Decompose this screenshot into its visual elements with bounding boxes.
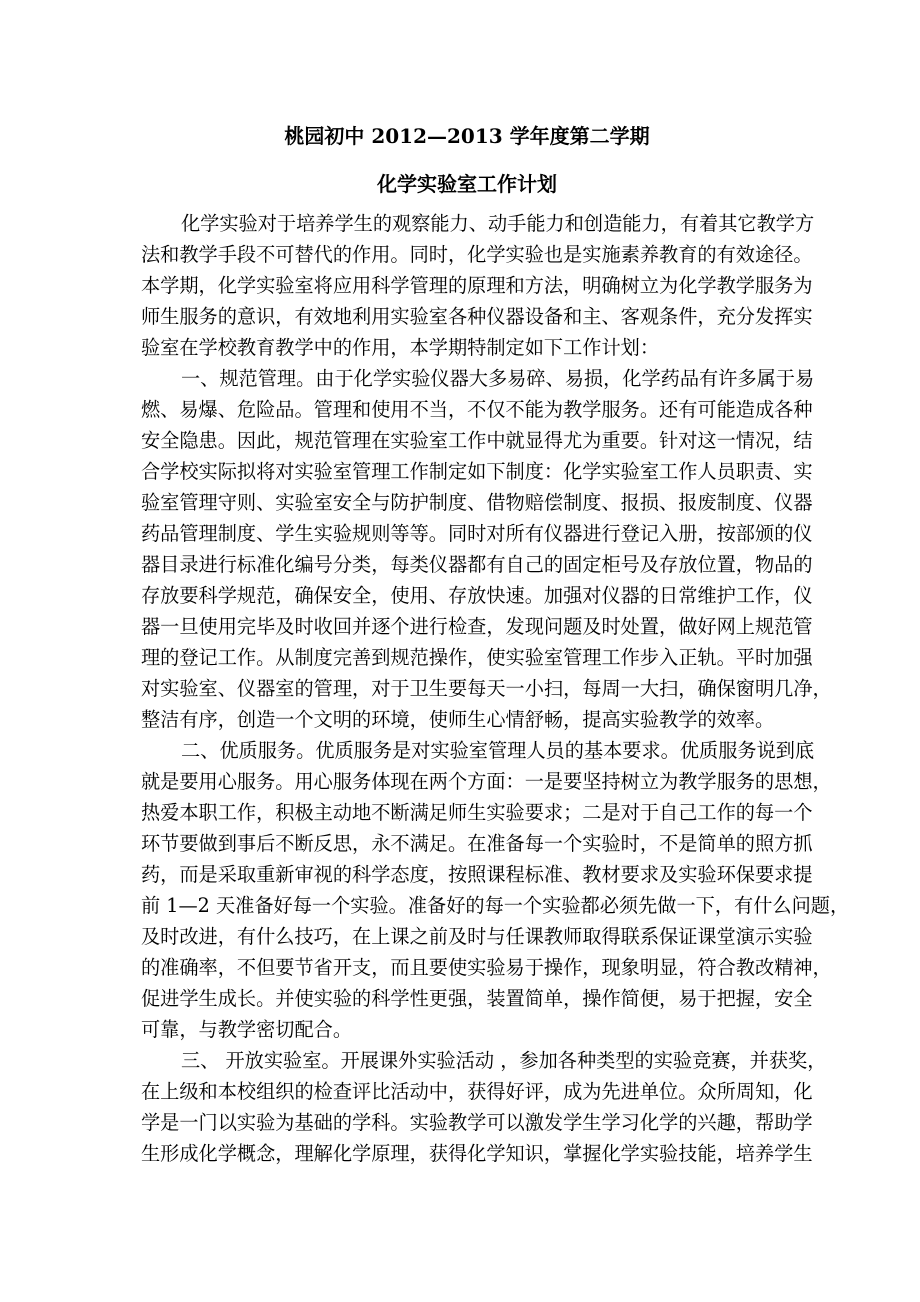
text-line: 一、规范管理。由于化学实验仪器大多易碎、易损，化学药品有许多属于易	[141, 363, 793, 394]
text-line: 整洁有序，创造一个文明的环境，使师生心情舒畅，提高实验教学的效率。	[141, 704, 793, 735]
text-line: 本学期，化学实验室将应用科学管理的原理和方法，明确树立为化学教学服务为	[141, 270, 793, 301]
text-line: 及时改进，有什么技巧，在上课之前及时与任课教师取得联系保证课堂演示实验	[141, 921, 793, 952]
text-line: 安全隐患。因此，规范管理在实验室工作中就显得尤为重要。针对这一情况，结	[141, 425, 793, 456]
text-line: 验室管理守则、实验室安全与防护制度、借物赔偿制度、报损、报废制度、仪器	[141, 487, 793, 518]
paragraph-section-2: 二、优质服务。优质服务是对实验室管理人员的基本要求。优质服务说到底 就是要用心服…	[141, 735, 793, 1045]
text-line: 在上级和本校组织的检查评比活动中，获得好评，成为先进单位。众所周知，化	[141, 1076, 793, 1107]
document-body: 化学实验对于培养学生的观察能力、动手能力和创造能力，有着其它教学方 法和教学手段…	[141, 208, 793, 1169]
document-title: 桃园初中 2012—2013 学年度第二学期	[141, 124, 793, 148]
text-line: 化学实验对于培养学生的观察能力、动手能力和创造能力，有着其它教学方	[141, 208, 793, 239]
text-line: 前 1—2 天准备好每一个实验。准备好的每一个实验都必须先做一下，有什么问题，	[141, 890, 793, 921]
text-line: 就是要用心服务。用心服务体现在两个方面：一是要坚持树立为教学服务的思想，	[141, 766, 793, 797]
text-line: 二、优质服务。优质服务是对实验室管理人员的基本要求。优质服务说到底	[141, 735, 793, 766]
text-line: 器一旦使用完毕及时收回并逐个进行检查，发现问题及时处置，做好网上规范管	[141, 611, 793, 642]
text-line: 热爱本职工作，积极主动地不断满足师生实验要求；二是对于自己工作的每一个	[141, 797, 793, 828]
text-line: 学是一门以实验为基础的学科。实验教学可以激发学生学习化学的兴趣，帮助学	[141, 1107, 793, 1138]
text-line: 燃、易爆、危险品。管理和使用不当，不仅不能为教学服务。还有可能造成各种	[141, 394, 793, 425]
text-line: 法和教学手段不可替代的作用。同时，化学实验也是实施素养教育的有效途径。	[141, 239, 793, 270]
text-line: 师生服务的意识，有效地利用实验室各种仪器设备和主、客观条件，充分发挥实	[141, 301, 793, 332]
paragraph-section-3: 三、 开放实验室。开展课外实验活动 ，参加各种类型的实验竞赛，并获奖， 在上级和…	[141, 1045, 793, 1169]
text-line: 器目录进行标准化编号分类，每类仪器都有自己的固定柜号及存放位置，物品的	[141, 549, 793, 580]
document-subtitle: 化学实验室工作计划	[141, 172, 793, 196]
text-line: 的准确率，不但要节省开支，而且要使实验易于操作，现象明显，符合教改精神，	[141, 952, 793, 983]
text-line: 合学校实际拟将对实验室管理工作制定如下制度：化学实验室工作人员职责、实	[141, 456, 793, 487]
text-line: 验室在学校教育教学中的作用，本学期特制定如下工作计划：	[141, 332, 793, 363]
text-line: 三、 开放实验室。开展课外实验活动 ，参加各种类型的实验竞赛，并获奖，	[141, 1045, 793, 1076]
text-line: 药品管理制度、学生实验规则等等。同时对所有仪器进行登记入册，按部颁的仪	[141, 518, 793, 549]
text-line: 生形成化学概念，理解化学原理，获得化学知识，掌握化学实验技能，培养学生	[141, 1138, 793, 1169]
text-line: 可靠，与教学密切配合。	[141, 1014, 793, 1045]
text-line: 对实验室、仪器室的管理，对于卫生要每天一小扫，每周一大扫，确保窗明几净，	[141, 673, 793, 704]
text-line: 环节要做到事后不断反思，永不满足。在准备每一个实验时，不是简单的照方抓	[141, 828, 793, 859]
text-line: 促进学生成长。并使实验的科学性更强，装置简单，操作简便，易于把握，安全	[141, 983, 793, 1014]
text-line: 存放要科学规范，确保安全，使用、存放快速。加强对仪器的日常维护工作，仪	[141, 580, 793, 611]
paragraph-intro: 化学实验对于培养学生的观察能力、动手能力和创造能力，有着其它教学方 法和教学手段…	[141, 208, 793, 363]
paragraph-section-1: 一、规范管理。由于化学实验仪器大多易碎、易损，化学药品有许多属于易 燃、易爆、危…	[141, 363, 793, 735]
text-line: 药，而是采取重新审视的科学态度，按照课程标准、教材要求及实验环保要求提	[141, 859, 793, 890]
text-line: 理的登记工作。从制度完善到规范操作，使实验室管理工作步入正轨。平时加强	[141, 642, 793, 673]
